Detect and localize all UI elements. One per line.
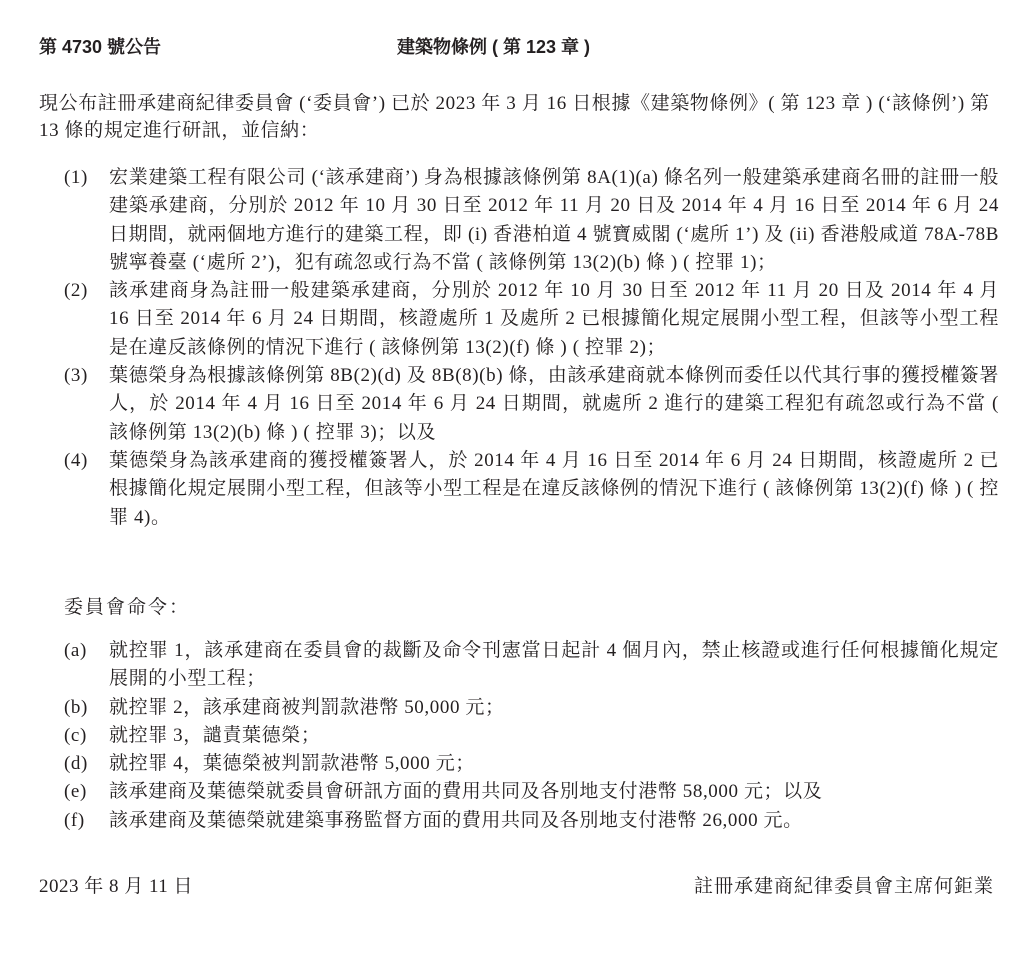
order-item: (a) 就控罪 1，該承建商在委員會的裁斷及命令刊憲當日起計 4 個月內，禁止核… [64,637,999,694]
order-item: (d) 就控罪 4，葉德榮被判罰款港幣 5,000 元； [64,750,999,778]
order-text: 該承建商及葉德榮就建築事務監督方面的費用共同及各別地支付港幣 26,000 元。 [109,810,803,831]
order-text: 就控罪 4，葉德榮被判罰款港幣 5,000 元； [109,753,475,774]
order-marker: (b) [64,694,88,722]
order-text: 就控罪 3，譴責葉德榮； [109,725,320,746]
charge-marker: (1) [64,164,88,192]
charge-item: (1) 宏業建築工程有限公司 (‘該承建商’) 身為根據該條例第 8A(1)(a… [64,164,999,277]
charge-marker: (3) [64,362,88,390]
charge-item: (2) 該承建商身為註冊一般建築承建商，分別於 2012 年 10 月 30 日… [64,277,999,362]
charges-list: (1) 宏業建築工程有限公司 (‘該承建商’) 身為根據該條例第 8A(1)(a… [64,164,999,532]
charge-marker: (2) [64,277,88,305]
order-text: 就控罪 2，該承建商被判罰款港幣 50,000 元； [109,697,505,718]
charge-marker: (4) [64,447,88,475]
order-text: 就控罪 1，該承建商在委員會的裁斷及命令刊憲當日起計 4 個月內，禁止核證或進行… [109,640,999,689]
order-marker: (c) [64,722,87,750]
order-item: (b) 就控罪 2，該承建商被判罰款港幣 50,000 元； [64,694,999,722]
order-marker: (a) [64,637,87,665]
orders-heading: 委員會命令： [64,594,190,621]
order-marker: (e) [64,778,87,806]
orders-list: (a) 就控罪 1，該承建商在委員會的裁斷及命令刊憲當日起計 4 個月內，禁止核… [64,637,999,835]
notice-date: 2023 年 8 月 11 日 [39,873,193,900]
gazette-notice-page: 第 4730 號公告 建築物條例 ( 第 123 章 ) 現公布註冊承建商紀律委… [0,0,1024,975]
order-item: (e) 該承建商及葉德榮就委員會研訊方面的費用共同及各別地支付港幣 58,000… [64,778,999,806]
ordinance-title: 建築物條例 ( 第 123 章 ) [397,33,590,59]
intro-paragraph: 現公布註冊承建商紀律委員會 (‘委員會’) 已於 2023 年 3 月 16 日… [39,90,999,144]
order-item: (c) 就控罪 3，譴責葉德榮； [64,722,999,750]
notice-number: 第 4730 號公告 [39,33,161,59]
notice-header: 第 4730 號公告 建築物條例 ( 第 123 章 ) [39,33,985,59]
order-text: 該承建商及葉德榮就委員會研訊方面的費用共同及各別地支付港幣 58,000 元；以… [109,781,822,802]
charge-text: 葉德榮身為根據該條例第 8B(2)(d) 及 8B(8)(b) 條，由該承建商就… [109,365,999,443]
order-marker: (d) [64,750,88,778]
order-item: (f) 該承建商及葉德榮就建築事務監督方面的費用共同及各別地支付港幣 26,00… [64,807,999,835]
charge-item: (3) 葉德榮身為根據該條例第 8B(2)(d) 及 8B(8)(b) 條，由該… [64,362,999,447]
charge-item: (4) 葉德榮身為該承建商的獲授權簽署人，於 2014 年 4 月 16 日至 … [64,447,999,532]
order-marker: (f) [64,807,85,835]
charge-text: 葉德榮身為該承建商的獲授權簽署人，於 2014 年 4 月 16 日至 2014… [109,450,999,528]
charge-text: 該承建商身為註冊一般建築承建商，分別於 2012 年 10 月 30 日至 20… [109,280,999,358]
signatory: 註冊承建商紀律委員會主席何鉅業 [694,873,994,900]
charge-text: 宏業建築工程有限公司 (‘該承建商’) 身為根據該條例第 8A(1)(a) 條名… [109,167,999,273]
